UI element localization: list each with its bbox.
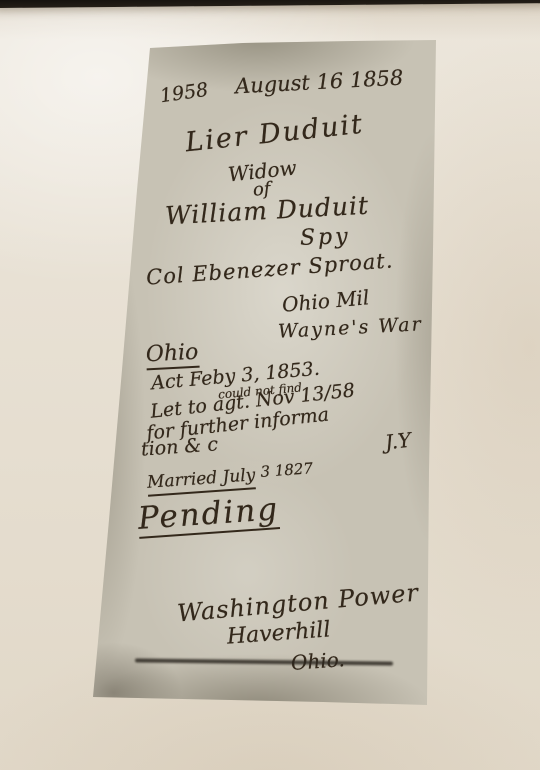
widow-name: Lier Duduit — [184, 111, 365, 157]
photo-of-document: { "colors": { "background_paper": "#e9e2… — [0, 0, 540, 770]
file-number: 1958 — [159, 81, 210, 107]
married-line: Married July 3 1827 — [147, 463, 314, 492]
info-line-2: tion & c — [140, 435, 218, 459]
soldier-role: Spy — [300, 226, 351, 250]
dark-background-edge — [0, 0, 540, 8]
examiner-initials: J.Y — [384, 430, 412, 453]
record-date: August 16 1858 — [235, 68, 404, 98]
addressee-city: Haverhill — [226, 619, 331, 648]
soldier-name: William Duduit — [164, 193, 369, 229]
unit-line: Ohio Mil — [281, 287, 370, 315]
state-heading: Ohio — [145, 342, 199, 371]
record-card: 1958 August 16 1858 Lier Duduit Widow of… — [93, 40, 436, 706]
pending-status: Pending — [137, 494, 280, 539]
commander-line: Col Ebenezer Sproat. — [146, 250, 394, 288]
married-word: Married July — [146, 465, 256, 497]
married-date: 3 1827 — [260, 459, 314, 481]
war-line: Wayne's War — [278, 315, 424, 342]
